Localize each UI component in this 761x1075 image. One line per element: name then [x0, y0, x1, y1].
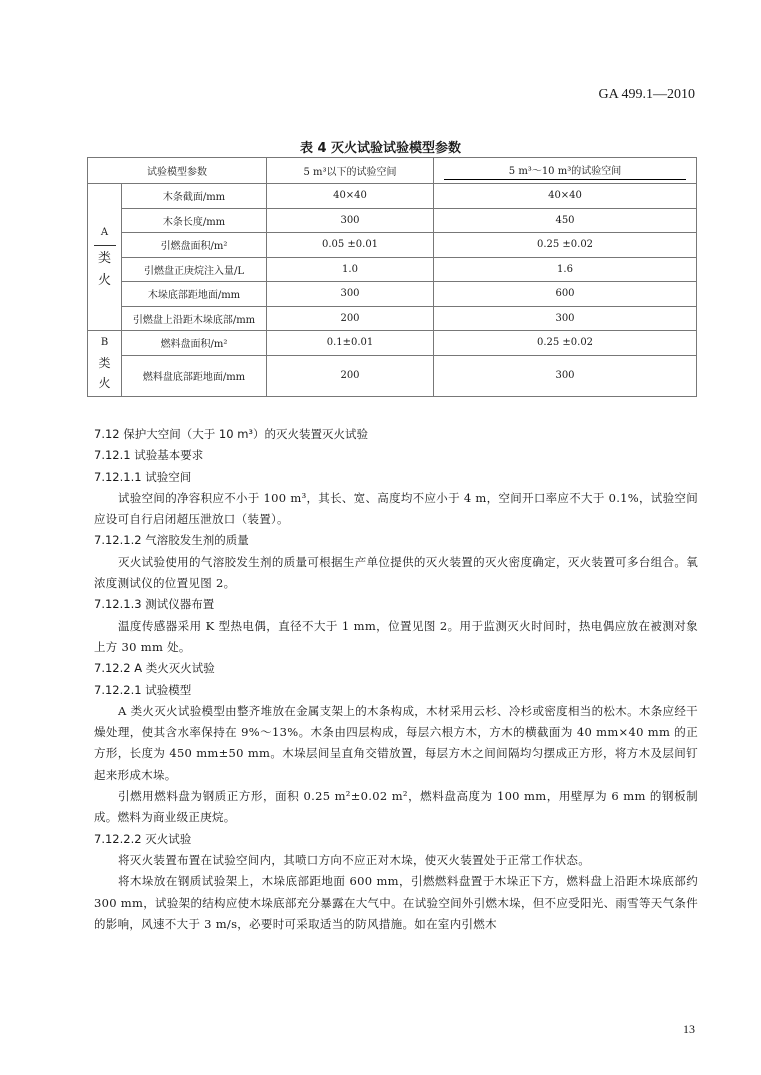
- table-row: B 类 火 燃料盘面积/m² 0.1±0.01 0.25 ±0.02: [88, 331, 697, 356]
- column-header-large-space: 5 m³～10 m³的试验空间: [434, 158, 697, 184]
- value-small: 300: [267, 208, 434, 233]
- param-name: 木条长度/mm: [122, 208, 267, 233]
- paragraph: 灭火试验使用的气溶胶发生剂的质量可根据生产单位提供的灭火装置的灭火密度确定，灭火…: [94, 552, 698, 595]
- table-row: 燃料盘底部距地面/mm 200 300: [88, 355, 697, 396]
- table-row: 引燃盘上沿距木垛底部/mm 200 300: [88, 306, 697, 331]
- section-heading: 7.12.1.3 测试仪器布置: [94, 594, 698, 615]
- document-body: 7.12 保护大空间（大于 10 m³）的灭火装置灭火试验 7.12.1 试验基…: [94, 424, 698, 935]
- table-header-row: 试验模型参数 5 m³以下的试验空间 5 m³～10 m³的试验空间: [88, 158, 697, 184]
- value-large: 40×40: [434, 184, 697, 209]
- paragraph: 将灭火装置布置在试验空间内，其喷口方向不应正对木垛，使灭火装置处于正常工作状态。: [94, 850, 698, 871]
- paragraph: 将木垛放在钢质试验架上，木垛底部距地面 600 mm，引燃燃料盘置于木垛正下方，…: [94, 871, 698, 935]
- paragraph: 温度传感器采用 K 型热电偶，直径不大于 1 mm，位置见图 2。用于监测灭火时…: [94, 616, 698, 659]
- paragraph: A 类火灭火试验模型由整齐堆放在金属支架上的木条构成，木材采用云杉、冷杉或密度相…: [94, 701, 698, 786]
- value-small: 200: [267, 355, 434, 396]
- table-title: 表 4 灭火试验试验模型参数: [0, 137, 761, 156]
- value-small: 0.05 ±0.01: [267, 233, 434, 258]
- value-large: 600: [434, 282, 697, 307]
- category-b-fire: B 类 火: [88, 331, 122, 397]
- table-row: 引燃盘正庚烷注入量/L 1.0 1.6: [88, 257, 697, 282]
- standard-code: GA 499.1—2010: [599, 87, 695, 103]
- param-name: 燃料盘底部距地面/mm: [122, 355, 267, 396]
- value-small: 300: [267, 282, 434, 307]
- table-row: 引燃盘面积/m² 0.05 ±0.01 0.25 ±0.02: [88, 233, 697, 258]
- parameters-table: 试验模型参数 5 m³以下的试验空间 5 m³～10 m³的试验空间 A 类 火…: [87, 157, 697, 397]
- page-number: 13: [683, 1022, 695, 1037]
- section-heading: 7.12.2 A 类火灭火试验: [94, 658, 698, 679]
- value-large: 0.25 ±0.02: [434, 331, 697, 356]
- value-large: 300: [434, 355, 697, 396]
- value-small: 0.1±0.01: [267, 331, 434, 356]
- value-large: 300: [434, 306, 697, 331]
- table-row: 木条长度/mm 300 450: [88, 208, 697, 233]
- section-heading: 7.12.1 试验基本要求: [94, 445, 698, 466]
- param-name: 引燃盘上沿距木垛底部/mm: [122, 306, 267, 331]
- value-large: 450: [434, 208, 697, 233]
- table-row: 木垛底部距地面/mm 300 600: [88, 282, 697, 307]
- value-large: 1.6: [434, 257, 697, 282]
- paragraph: 试验空间的净容积应不小于 100 m³，其长、宽、高度均不应小于 4 m，空间开…: [94, 488, 698, 531]
- param-name: 木条截面/mm: [122, 184, 267, 209]
- param-name: 木垛底部距地面/mm: [122, 282, 267, 307]
- value-large: 0.25 ±0.02: [434, 233, 697, 258]
- column-header-param: 试验模型参数: [88, 158, 267, 184]
- column-header-small-space: 5 m³以下的试验空间: [267, 158, 434, 184]
- section-heading: 7.12.2.1 试验模型: [94, 680, 698, 701]
- value-small: 200: [267, 306, 434, 331]
- section-heading: 7.12 保护大空间（大于 10 m³）的灭火装置灭火试验: [94, 424, 698, 445]
- section-heading: 7.12.2.2 灭火试验: [94, 829, 698, 850]
- param-name: 引燃盘面积/m²: [122, 233, 267, 258]
- paragraph: 引燃用燃料盘为钢质正方形，面积 0.25 m²±0.02 m²，燃料盘高度为 1…: [94, 786, 698, 829]
- value-small: 1.0: [267, 257, 434, 282]
- category-a-fire: A 类 火: [88, 184, 122, 331]
- table-row: A 类 火 木条截面/mm 40×40 40×40: [88, 184, 697, 209]
- param-name: 燃料盘面积/m²: [122, 331, 267, 356]
- value-small: 40×40: [267, 184, 434, 209]
- section-heading: 7.12.1.2 气溶胶发生剂的质量: [94, 530, 698, 551]
- param-name: 引燃盘正庚烷注入量/L: [122, 257, 267, 282]
- section-heading: 7.12.1.1 试验空间: [94, 467, 698, 488]
